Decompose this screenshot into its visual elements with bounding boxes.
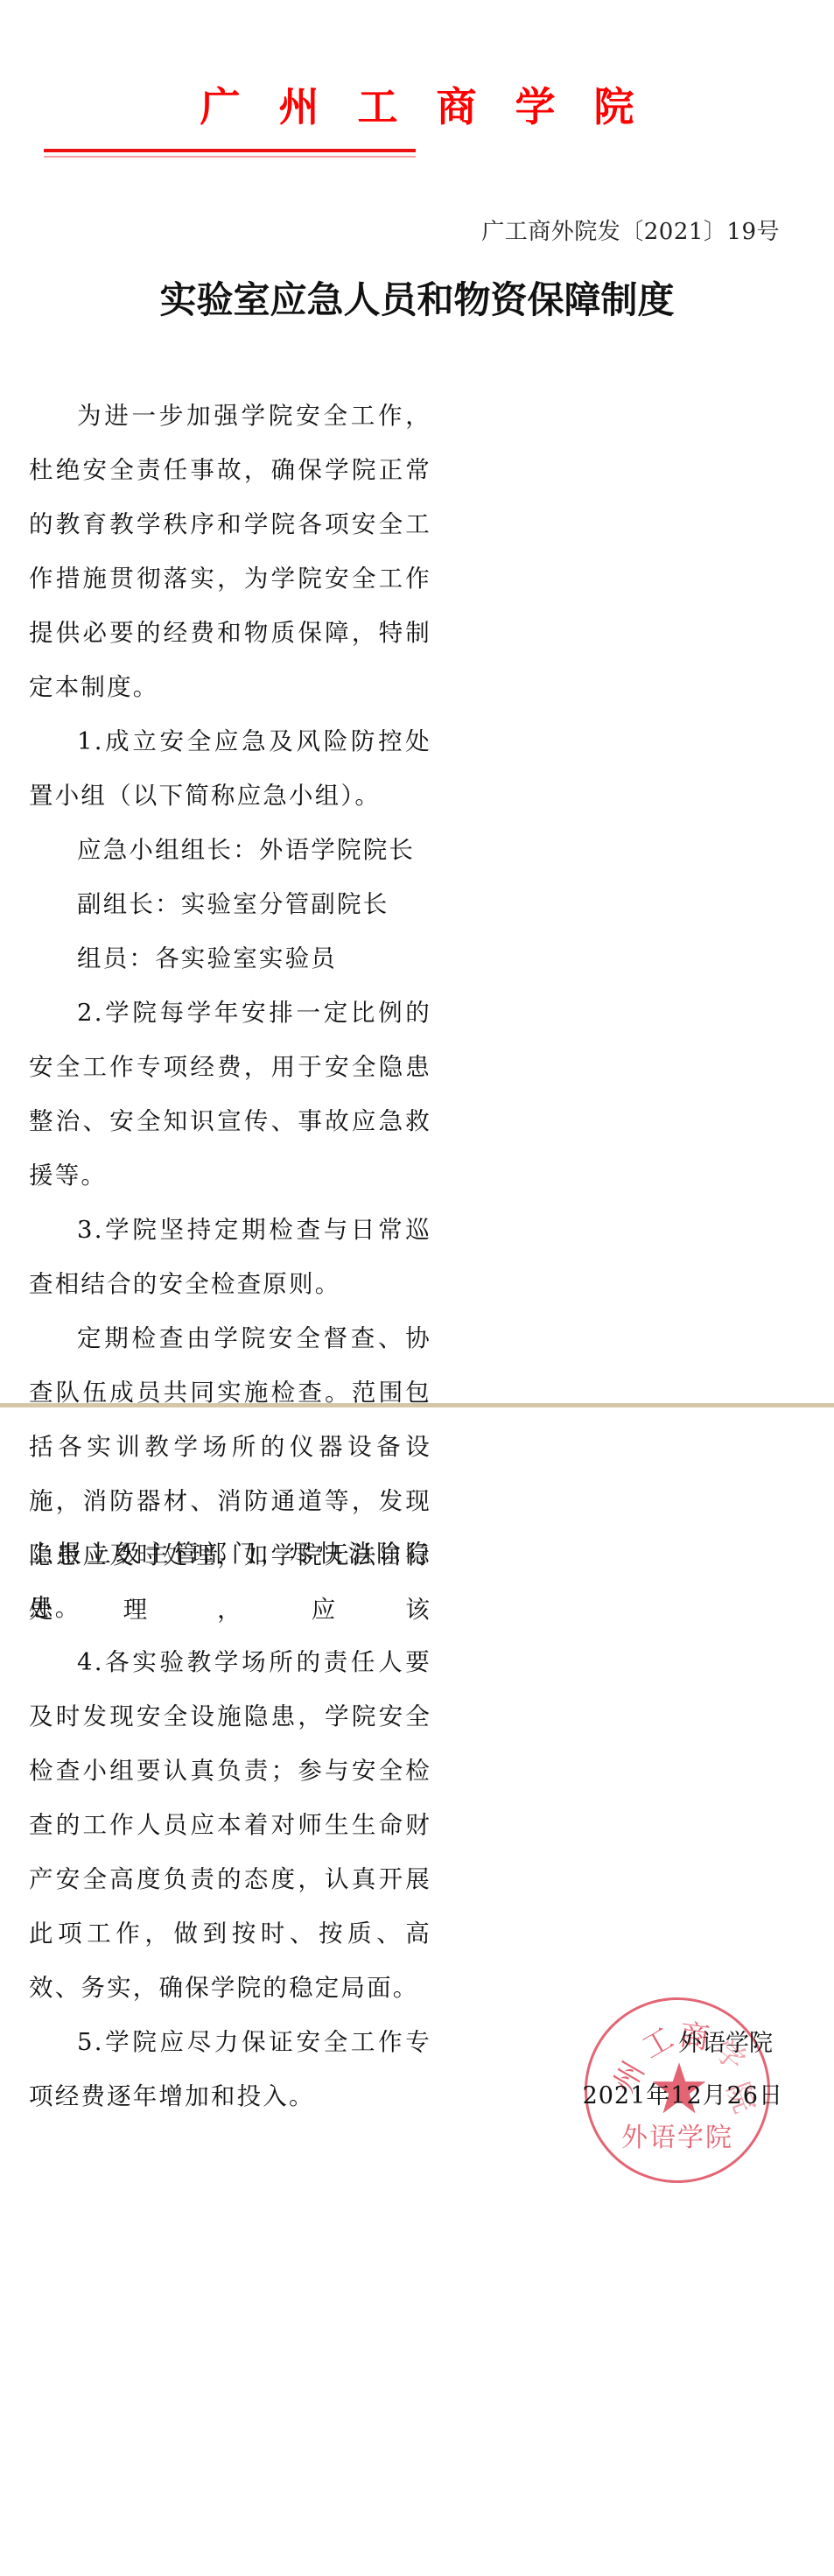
signature-date: 2021年12月26日 <box>583 2081 783 2111</box>
paragraph-item-3: 3.学院坚持定期检查与日常巡查相结合的安全检查原则。 <box>29 1203 431 1311</box>
page2-body: 上报上级主管部门，尽快消除隐患。 4.各实验教学场所的责任人要及时发现安全设施隐… <box>29 1527 431 2123</box>
paragraph-item-1: 1.成立安全应急及风险防控处置小组（以下简称应急小组）。 <box>29 714 431 823</box>
paragraph-intro: 为进一步加强学院安全工作，杜绝安全责任事故，确保学院正常的教育教学秩序和学院各项… <box>29 389 431 714</box>
seal-center-text: 外语学院 <box>587 2116 767 2154</box>
institution-header: 广州工商学院 <box>0 81 834 133</box>
page-break-divider <box>0 1403 834 1407</box>
paragraph-item-4: 4.各实验教学场所的责任人要及时发现安全设施隐患，学院安全检查小组要认真负责；参… <box>29 1635 431 2015</box>
document-number: 广工商外院发〔2021〕19号 <box>481 217 780 247</box>
paragraph-deputy-leader: 副组长：实验室分管副院长 <box>29 877 431 931</box>
document-title: 实验室应急人员和物资保障制度 <box>0 278 834 322</box>
paragraph-group-leader: 应急小组组长：外语学院院长 <box>29 823 431 877</box>
header-red-rule-thin <box>44 156 416 158</box>
paragraph-item-2: 2.学院每学年安排一定比例的安全工作专项经费，用于安全隐患整治、安全知识宣传、事… <box>29 986 431 1203</box>
paragraph-item-5: 5.学院应尽力保证安全工作专项经费逐年增加和投入。 <box>29 2015 431 2123</box>
paragraph-members: 组员：各实验室实验员 <box>29 931 431 986</box>
paragraph-continuation: 上报上级主管部门，尽快消除隐患。 <box>29 1527 431 1635</box>
signature-organization: 外语学院 <box>678 2029 773 2059</box>
header-red-rule-thick <box>44 149 416 152</box>
page1-body: 为进一步加强学院安全工作，杜绝安全责任事故，确保学院正常的教育教学秩序和学院各项… <box>29 389 431 1637</box>
